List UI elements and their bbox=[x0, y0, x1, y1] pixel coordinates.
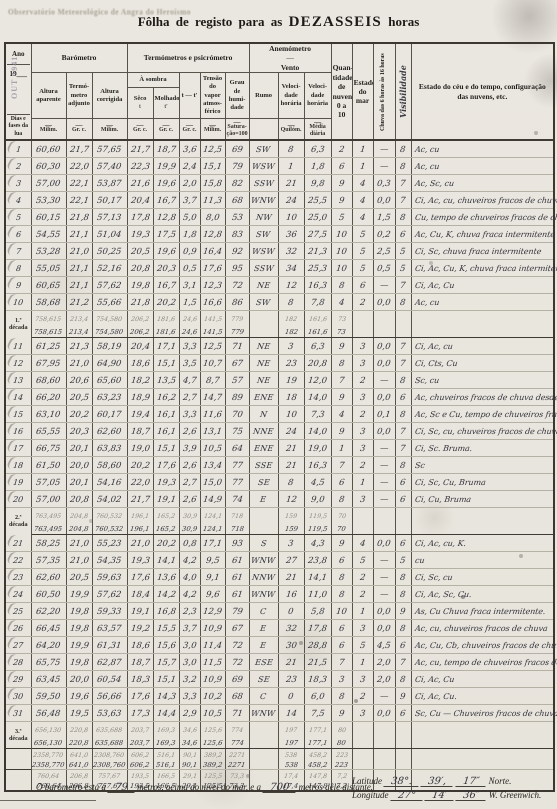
col-header-humidade: Grau de humi­dade bbox=[225, 73, 249, 119]
cell-mar: 5 bbox=[352, 637, 373, 654]
handwritten-value: 64,20 bbox=[36, 641, 62, 651]
handwritten-value: 89 bbox=[231, 393, 243, 403]
handwritten-value: 15,1 bbox=[156, 359, 176, 369]
handwritten-value: 2,9 bbox=[182, 709, 197, 719]
handwritten-value: 3,3 bbox=[182, 410, 197, 420]
handwritten-value: N bbox=[259, 410, 267, 419]
ink-sum-value: 24,6 bbox=[181, 328, 197, 336]
cell-seco: 20,5 bbox=[127, 243, 153, 260]
handwritten-value: 72 bbox=[231, 281, 243, 291]
cell-corr: 63,57 bbox=[92, 620, 127, 637]
handwritten-value: 57,05 bbox=[36, 478, 62, 488]
table-body: 160,6021,757,6521,718,73,612,569SW86,321… bbox=[5, 140, 554, 791]
cell-chuva: 0,0 bbox=[373, 355, 395, 372]
cell-chuva: 0,0 bbox=[373, 389, 395, 406]
handwritten-value: 6 bbox=[400, 539, 407, 549]
handwritten-value: 2 bbox=[338, 145, 345, 155]
handwritten-value: 17,3 bbox=[130, 709, 150, 719]
handwritten-value: 64,90 bbox=[97, 359, 123, 369]
cell-rumo: WNW bbox=[249, 552, 278, 569]
day-number: 9 bbox=[15, 281, 21, 290]
handwritten-value: 18,4 bbox=[130, 590, 150, 600]
cell-hum: 70 bbox=[225, 406, 249, 423]
cell-corr: 54,02 bbox=[92, 491, 127, 508]
cell-molh: 15,5 bbox=[153, 620, 179, 637]
handwritten-value: 9 bbox=[338, 179, 345, 189]
handwritten-value: 6 bbox=[400, 393, 407, 403]
handwritten-value: 19,3 bbox=[130, 230, 150, 240]
pencil-sum-value: 119,5 bbox=[308, 513, 327, 520]
cell-tadj: 641,0 bbox=[66, 759, 92, 770]
day-number: 13 bbox=[13, 376, 24, 385]
cell-tadj: 213,4 bbox=[66, 324, 92, 338]
cell-tadj: 22,0 bbox=[66, 158, 92, 175]
cell-mar bbox=[352, 311, 373, 325]
day-cell: 2 bbox=[5, 158, 31, 175]
cell-seco: 18,7 bbox=[127, 654, 153, 671]
longitude-seconds: 36″ bbox=[455, 791, 487, 801]
day-cell: 23 bbox=[5, 569, 31, 586]
cell-vh: 8 bbox=[278, 294, 304, 311]
cell-vm: 27,5 bbox=[304, 226, 331, 243]
handwritten-value: 10,5 bbox=[202, 709, 222, 719]
cell-mar bbox=[352, 722, 373, 736]
handwritten-value: 5,0 bbox=[182, 213, 197, 223]
handwritten-value: 2,5 bbox=[377, 247, 392, 257]
cell-molh: 14,3 bbox=[153, 688, 179, 705]
handwritten-value: 4 bbox=[359, 539, 366, 549]
day-number: 23 bbox=[13, 573, 24, 582]
day-cell: 10 bbox=[5, 294, 31, 311]
cell-ap: 62,60 bbox=[31, 569, 66, 586]
handwritten-value: 10,7 bbox=[202, 359, 222, 369]
cell-nuv: 3 bbox=[331, 671, 352, 688]
cell-ap: 60,30 bbox=[31, 158, 66, 175]
cell-tt: 30,9 bbox=[179, 521, 200, 535]
handwritten-value: 20,1 bbox=[69, 478, 89, 488]
cell-nuv: 9 bbox=[331, 389, 352, 406]
cell-remark: Ac, cu bbox=[411, 158, 554, 175]
table-row-day-5: 560,1521,857,1317,812,85,08,053NW1025,05… bbox=[5, 209, 554, 226]
cell-tt: 3,2 bbox=[179, 671, 200, 688]
cell-corr: 760,532 bbox=[92, 508, 127, 522]
handwritten-value: 17,1 bbox=[156, 342, 176, 352]
handwritten-value: 2,6 bbox=[182, 461, 197, 471]
cell-molh: 169,3 bbox=[153, 735, 179, 749]
handwritten-value: 12,8 bbox=[156, 213, 176, 223]
cell-molh: 165,2 bbox=[153, 508, 179, 522]
table-row-day-26: 2666,4519,863,5719,215,53,710,967E3217,8… bbox=[5, 620, 554, 637]
cell-vh: 197 bbox=[278, 722, 304, 736]
cell-corr: 55,66 bbox=[92, 294, 127, 311]
handwritten-value: 60,50 bbox=[36, 590, 62, 600]
cell-ap: 758,615 bbox=[31, 324, 66, 338]
cell-hum: 68 bbox=[225, 192, 249, 209]
handwritten-value: 20,2 bbox=[156, 298, 176, 308]
handwritten-value: Ac, cu bbox=[414, 145, 439, 154]
cell-remark: Ci, Ac, Cu, K, chuva fraca intermitente bbox=[411, 260, 554, 277]
handwritten-value: 1 bbox=[338, 444, 345, 454]
cell-molh: 16,1 bbox=[153, 423, 179, 440]
cell-chuva bbox=[373, 749, 395, 760]
handwritten-value: 63,45 bbox=[36, 675, 62, 685]
cell-vm: 177,1 bbox=[304, 722, 331, 736]
cell-hum: 718 bbox=[225, 508, 249, 522]
cell-tadj: 19,6 bbox=[66, 688, 92, 705]
cell-rumo bbox=[249, 324, 278, 338]
handwritten-value: 8 bbox=[338, 359, 345, 369]
cell-rumo: SW bbox=[249, 226, 278, 243]
cell-tadj: 19,9 bbox=[66, 586, 92, 603]
day-number: 27 bbox=[13, 641, 24, 650]
cell-hum: 82 bbox=[225, 175, 249, 192]
day-number: 10 bbox=[13, 298, 24, 307]
cell-tens: 124,1 bbox=[200, 521, 225, 535]
cell-nuv: 70 bbox=[331, 521, 352, 535]
cell-hum: 53 bbox=[225, 209, 249, 226]
handwritten-value: 61 bbox=[231, 573, 243, 583]
handwritten-value: 6 bbox=[400, 641, 407, 651]
handwritten-value: 20,2 bbox=[156, 539, 176, 549]
handwritten-value: 2,0 bbox=[377, 675, 392, 685]
handwritten-value: 0,0 bbox=[377, 196, 392, 206]
cell-tens: 9,6 bbox=[200, 586, 225, 603]
handwritten-value: WSW bbox=[252, 247, 276, 256]
cell-tadj: 20,1 bbox=[66, 440, 92, 457]
handwritten-value: 66,75 bbox=[36, 444, 62, 454]
handwritten-value: 53,87 bbox=[97, 179, 123, 189]
cell-molh: 15,7 bbox=[153, 654, 179, 671]
cell-remark bbox=[411, 521, 554, 535]
cell-vis: 7 bbox=[395, 338, 411, 355]
cell-seco: 196,1 bbox=[127, 508, 153, 522]
cell-vis bbox=[395, 749, 411, 760]
handwritten-value: 5 bbox=[359, 641, 366, 651]
cell-seco: 203,7 bbox=[127, 735, 153, 749]
handwritten-value: 56,48 bbox=[36, 709, 62, 719]
cell-hum: 79 bbox=[225, 603, 249, 620]
cell-tt: 5,0 bbox=[179, 209, 200, 226]
cell-nuv: 7 bbox=[331, 654, 352, 671]
day-number: 18 bbox=[13, 461, 24, 470]
cell-vis: 5 bbox=[395, 243, 411, 260]
handwritten-value: NE bbox=[256, 281, 271, 290]
ink-sum-value: 763,495 bbox=[34, 525, 63, 533]
cell-corr: 53,63 bbox=[92, 705, 127, 722]
cell-vm: 9,0 bbox=[304, 491, 331, 508]
handwritten-value: 86 bbox=[231, 298, 243, 308]
ink-sum-value: 206,2 bbox=[130, 328, 150, 336]
cell-tens: 17,1 bbox=[200, 535, 225, 552]
cell-hum: 95 bbox=[225, 260, 249, 277]
handwritten-value: 58,68 bbox=[36, 298, 62, 308]
handwritten-value: 2,0 bbox=[182, 179, 197, 189]
cell-ap: 60,50 bbox=[31, 586, 66, 603]
cell-tadj: 20,8 bbox=[66, 491, 92, 508]
cell-vm: 25,3 bbox=[304, 260, 331, 277]
handwritten-value: NW bbox=[255, 213, 272, 222]
cell-tens: 13,4 bbox=[200, 457, 225, 474]
cell-vm: 11,0 bbox=[304, 586, 331, 603]
pencil-sum-value: 774 bbox=[231, 727, 244, 734]
handwritten-value: 15,6 bbox=[156, 641, 176, 651]
handwritten-value: 10,2 bbox=[202, 692, 222, 702]
cell-chuva bbox=[373, 759, 395, 770]
cell-remark bbox=[411, 508, 554, 522]
cell-corr: 56,66 bbox=[92, 688, 127, 705]
ink-sum-value: 203,7 bbox=[130, 739, 150, 747]
handwritten-value: 6,0 bbox=[310, 692, 325, 702]
handwritten-value: 79 bbox=[231, 162, 243, 172]
ink-sum-value: 34,6 bbox=[181, 739, 197, 747]
cell-corr: 55,23 bbox=[92, 535, 127, 552]
handwritten-value: 16,7 bbox=[156, 281, 176, 291]
cell-vh: 0 bbox=[278, 603, 304, 620]
handwritten-value: 19,6 bbox=[156, 247, 176, 257]
handwritten-value: 7 bbox=[400, 196, 407, 206]
cell-hum: 64 bbox=[225, 440, 249, 457]
handwritten-value: 7 bbox=[400, 342, 407, 352]
cell-rumo: ESE bbox=[249, 654, 278, 671]
sum-label bbox=[5, 770, 31, 792]
cell-vis: 9 bbox=[395, 688, 411, 705]
handwritten-value: 14,7 bbox=[202, 393, 222, 403]
handwritten-value: Ci, Ac, Cu, K, chuva fraca intermitente bbox=[414, 264, 557, 273]
cell-vh: 8 bbox=[278, 140, 304, 158]
cell-corr: 65,60 bbox=[92, 372, 127, 389]
day-cell: 18 bbox=[5, 457, 31, 474]
cell-molh: 15,1 bbox=[153, 671, 179, 688]
cell-molh: 165,2 bbox=[153, 521, 179, 535]
handwritten-value: NE bbox=[256, 359, 271, 368]
handwritten-value: 19,0 bbox=[307, 444, 327, 454]
handwritten-value: Ci, Ac, Cu bbox=[414, 675, 454, 684]
cell-hum: 774 bbox=[225, 722, 249, 736]
cell-rumo bbox=[249, 508, 278, 522]
cell-tt: 0,8 bbox=[179, 535, 200, 552]
handwritten-value: 15,8 bbox=[202, 179, 222, 189]
cell-corr: 59,33 bbox=[92, 603, 127, 620]
cell-hum: 69 bbox=[225, 140, 249, 158]
cell-vm: 17,8 bbox=[304, 620, 331, 637]
handwritten-value: 64 bbox=[231, 444, 243, 454]
cell-molh: 516,1 bbox=[153, 749, 179, 760]
cell-mar: 2 bbox=[352, 688, 373, 705]
cell-vis bbox=[395, 759, 411, 770]
handwritten-value: 17,5 bbox=[156, 230, 176, 240]
handwritten-value: 4,5 bbox=[377, 641, 392, 651]
handwritten-value: 54,02 bbox=[97, 495, 123, 505]
table-row-day-6: 654,5521,151,0419,317,51,812,883SW3627,5… bbox=[5, 226, 554, 243]
handwritten-value: 60,30 bbox=[36, 162, 62, 172]
handwritten-value: 82 bbox=[231, 179, 243, 189]
day-number: 3 bbox=[15, 179, 21, 188]
handwritten-value: 2,3 bbox=[182, 607, 197, 617]
unit-molhado: —Gr. c. bbox=[153, 119, 179, 141]
handwritten-value: 8 bbox=[400, 624, 407, 634]
cell-vis: 7 bbox=[395, 277, 411, 294]
cell-ap: 656,130 bbox=[31, 735, 66, 749]
cell-molh: 20,2 bbox=[153, 294, 179, 311]
cell-hum: 779 bbox=[225, 324, 249, 338]
cell-vm: 5,8 bbox=[304, 603, 331, 620]
cell-hum: 68 bbox=[225, 688, 249, 705]
cell-vh: 24 bbox=[278, 423, 304, 440]
handwritten-value: 16,7 bbox=[156, 196, 176, 206]
handwritten-value: 20,0 bbox=[69, 675, 89, 685]
cell-vh: 197 bbox=[278, 735, 304, 749]
cell-tadj: 19,9 bbox=[66, 637, 92, 654]
ink-sum-value: 774 bbox=[230, 739, 244, 747]
col-header-molhado: Molhado t′ bbox=[153, 88, 179, 119]
col-header-a-sombra: À sombra bbox=[127, 73, 179, 88]
handwritten-value: 8 bbox=[400, 675, 407, 685]
handwritten-value: 66,20 bbox=[36, 393, 62, 403]
handwritten-value: Ci, Cts, Cu bbox=[414, 359, 458, 368]
handwritten-value: 22,1 bbox=[69, 179, 89, 189]
day-cell: 28 bbox=[5, 654, 31, 671]
handwritten-value: 63,83 bbox=[97, 444, 123, 454]
handwritten-value: 4,7 bbox=[182, 376, 197, 386]
day-number: 20 bbox=[13, 495, 24, 504]
handwritten-value: 12 bbox=[285, 495, 297, 505]
handwritten-value: 3 bbox=[359, 495, 366, 505]
handwritten-value: 20,4 bbox=[130, 196, 150, 206]
group-header-anemometro: Anemómetro — Vento bbox=[249, 43, 331, 73]
cell-hum: 72 bbox=[225, 637, 249, 654]
cell-vis: 8 bbox=[395, 158, 411, 175]
cell-chuva: 0,0 bbox=[373, 294, 395, 311]
handwritten-value: 8 bbox=[400, 461, 407, 471]
cell-remark bbox=[411, 311, 554, 325]
cell-hum: 718 bbox=[225, 521, 249, 535]
cell-vm: 119,5 bbox=[304, 508, 331, 522]
handwritten-value: 8 bbox=[400, 573, 407, 583]
cell-nuv: 8 bbox=[331, 355, 352, 372]
cell-mar: 4 bbox=[352, 209, 373, 226]
cell-tadj: 204,8 bbox=[66, 508, 92, 522]
handwritten-value: 21 bbox=[285, 179, 297, 189]
cell-rumo: NE bbox=[249, 338, 278, 355]
cell-tt: 3,0 bbox=[179, 637, 200, 654]
cell-rumo bbox=[249, 759, 278, 770]
handwritten-value: 17,8 bbox=[130, 213, 150, 223]
handwritten-value: 21,3 bbox=[69, 342, 89, 352]
handwritten-value: 21,1 bbox=[69, 281, 89, 291]
handwritten-value: 9 bbox=[338, 342, 345, 352]
cell-hum: 77 bbox=[225, 457, 249, 474]
handwritten-value: 8,0 bbox=[205, 213, 220, 223]
cell-tt: 3,6 bbox=[179, 140, 200, 158]
table-row-day-24: 2460,5019,957,6218,414,24,29,661WNW1611,… bbox=[5, 586, 554, 603]
cell-tadj: 20,0 bbox=[66, 457, 92, 474]
handwritten-value: 0,0 bbox=[377, 342, 392, 352]
handwritten-value: 8 bbox=[400, 298, 407, 308]
cell-rumo bbox=[249, 311, 278, 325]
handwritten-value: 11,0 bbox=[307, 590, 327, 600]
handwritten-value: 3 bbox=[359, 393, 366, 403]
col-header-velocidade-media: Veloci­dade horária bbox=[304, 73, 331, 119]
cell-tt: 3,7 bbox=[179, 620, 200, 637]
pencil-sum-value: 141,5 bbox=[203, 316, 222, 323]
handwritten-value: 62,60 bbox=[36, 573, 62, 583]
pencil-sum-value: 2271 bbox=[229, 752, 246, 759]
handwritten-value: ENE bbox=[253, 393, 274, 402]
handwritten-value: 25,5 bbox=[307, 196, 327, 206]
handwritten-value: 9,8 bbox=[310, 179, 325, 189]
cell-corr: 58,60 bbox=[92, 457, 127, 474]
ink-sum-value: 124,1 bbox=[202, 525, 222, 533]
col-header-nuvens: Quan­tidade de nuvens 0 a 10 bbox=[331, 43, 352, 140]
cell-ap: 656,130 bbox=[31, 722, 66, 736]
day-number: 4 bbox=[15, 196, 21, 205]
ink-sum-value: 90,1 bbox=[181, 761, 197, 769]
handwritten-value: 6 bbox=[338, 478, 345, 488]
handwritten-value: 72 bbox=[231, 641, 243, 651]
cell-seco: 206,2 bbox=[127, 324, 153, 338]
seco-symbol: t bbox=[139, 103, 141, 110]
cell-remark: Ci, Sc, cu bbox=[411, 569, 554, 586]
day-number: 7 bbox=[15, 247, 21, 256]
cell-rumo: NE bbox=[249, 355, 278, 372]
handwritten-value: 2 bbox=[359, 461, 366, 471]
table-row-day-22: 2257,3521,054,3519,314,14,29,561WNW2723,… bbox=[5, 552, 554, 569]
cell-chuva: — bbox=[373, 491, 395, 508]
handwritten-value: 52,16 bbox=[97, 264, 123, 274]
cell-ap: 65,55 bbox=[31, 423, 66, 440]
cell-rumo: ENE bbox=[249, 389, 278, 406]
handwritten-value: Ci, Ac, cu, chuveiros fracos de chuva bbox=[414, 196, 557, 205]
cell-rumo bbox=[249, 749, 278, 760]
cell-chuva: 0,0 bbox=[373, 535, 395, 552]
handwritten-value: 1 bbox=[359, 162, 366, 172]
cell-seco: 606,2 bbox=[127, 759, 153, 770]
cell-vis: 6 bbox=[395, 389, 411, 406]
cell-tt: 3,0 bbox=[179, 654, 200, 671]
handwritten-value: 9 bbox=[338, 539, 345, 549]
handwritten-value: 21 bbox=[285, 658, 297, 668]
pencil-sum-value: 757,67 bbox=[98, 773, 121, 780]
handwritten-value: — bbox=[379, 556, 389, 566]
handwritten-value: 0,0 bbox=[377, 298, 392, 308]
handwritten-value: 51,04 bbox=[97, 230, 123, 240]
cell-remark: As, Cu Chuva fraca intermitente. bbox=[411, 603, 554, 620]
day-cell: 31 bbox=[5, 705, 31, 722]
cell-nuv: 73 bbox=[331, 324, 352, 338]
cell-seco: 17,6 bbox=[127, 688, 153, 705]
cell-remark: Ac, cu bbox=[411, 140, 554, 158]
cell-hum: 74 bbox=[225, 491, 249, 508]
cell-tens: 9,1 bbox=[200, 569, 225, 586]
cell-rumo: NNW bbox=[249, 569, 278, 586]
handwritten-value: 12,5 bbox=[202, 145, 222, 155]
col-header-seco: Sêco t bbox=[127, 88, 153, 119]
cell-nuv: 4 bbox=[331, 294, 352, 311]
handwritten-value: 21 bbox=[285, 461, 297, 471]
table-row-day-28: 2865,7519,862,8718,715,73,011,572ESE2121… bbox=[5, 654, 554, 671]
handwritten-value: 62,20 bbox=[36, 607, 62, 617]
handwritten-value: 1 bbox=[359, 607, 366, 617]
handwritten-value: Ac, cu bbox=[414, 298, 439, 307]
cell-remark: Ac, Sc, cu bbox=[411, 175, 554, 192]
cell-molh: 15,1 bbox=[153, 355, 179, 372]
cell-tens: 10,5 bbox=[200, 705, 225, 722]
cell-molh: 516,1 bbox=[153, 759, 179, 770]
cell-vm: 14,0 bbox=[304, 423, 331, 440]
cell-vh: 8 bbox=[278, 474, 304, 491]
cell-vm: 25,5 bbox=[304, 192, 331, 209]
handwritten-value: — bbox=[379, 461, 389, 471]
